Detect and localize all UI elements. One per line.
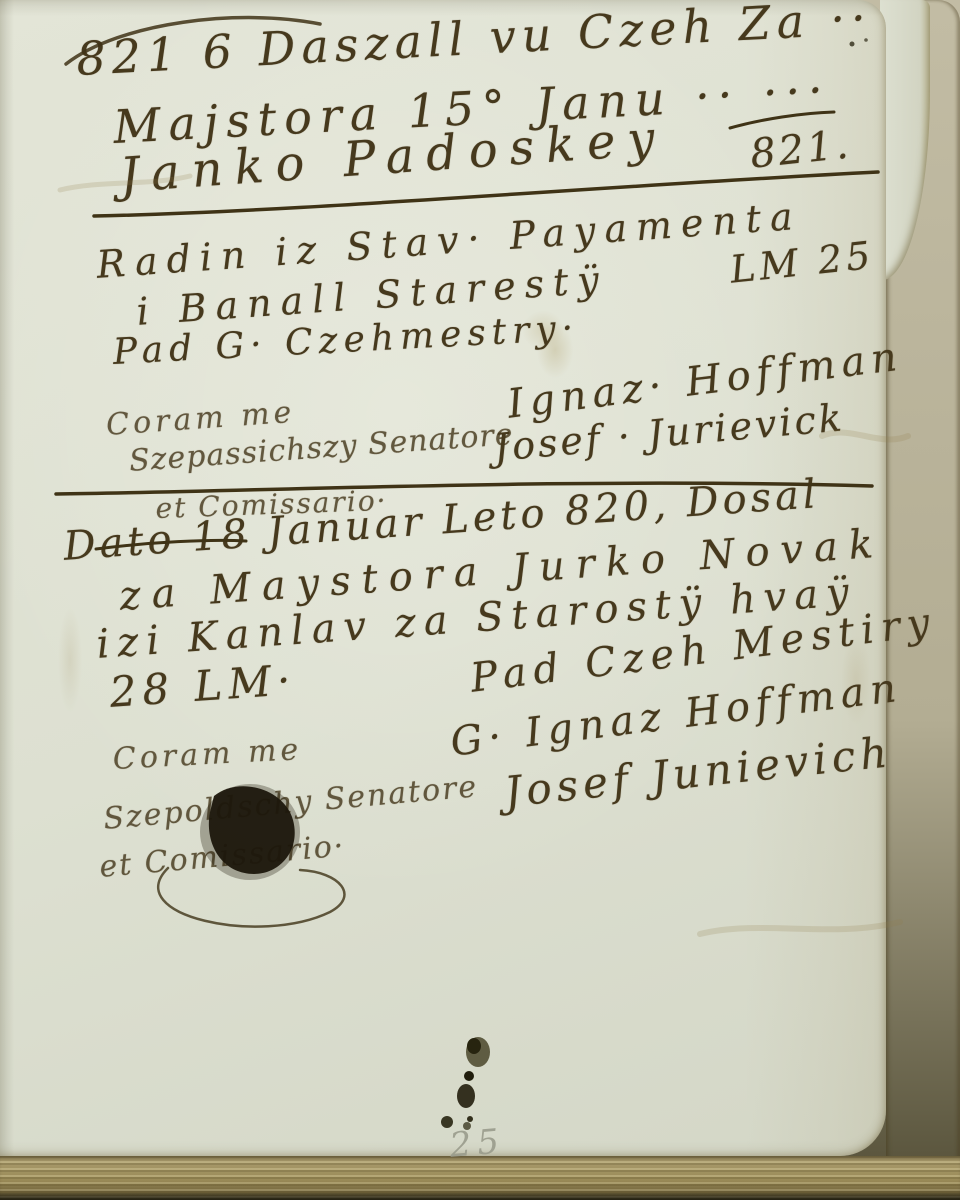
pencil-page-number: 25 <box>448 1121 507 1166</box>
manuscript-photo: 821 6 Daszall vu Czeh Za ·· Majstora 15°… <box>0 0 960 1200</box>
